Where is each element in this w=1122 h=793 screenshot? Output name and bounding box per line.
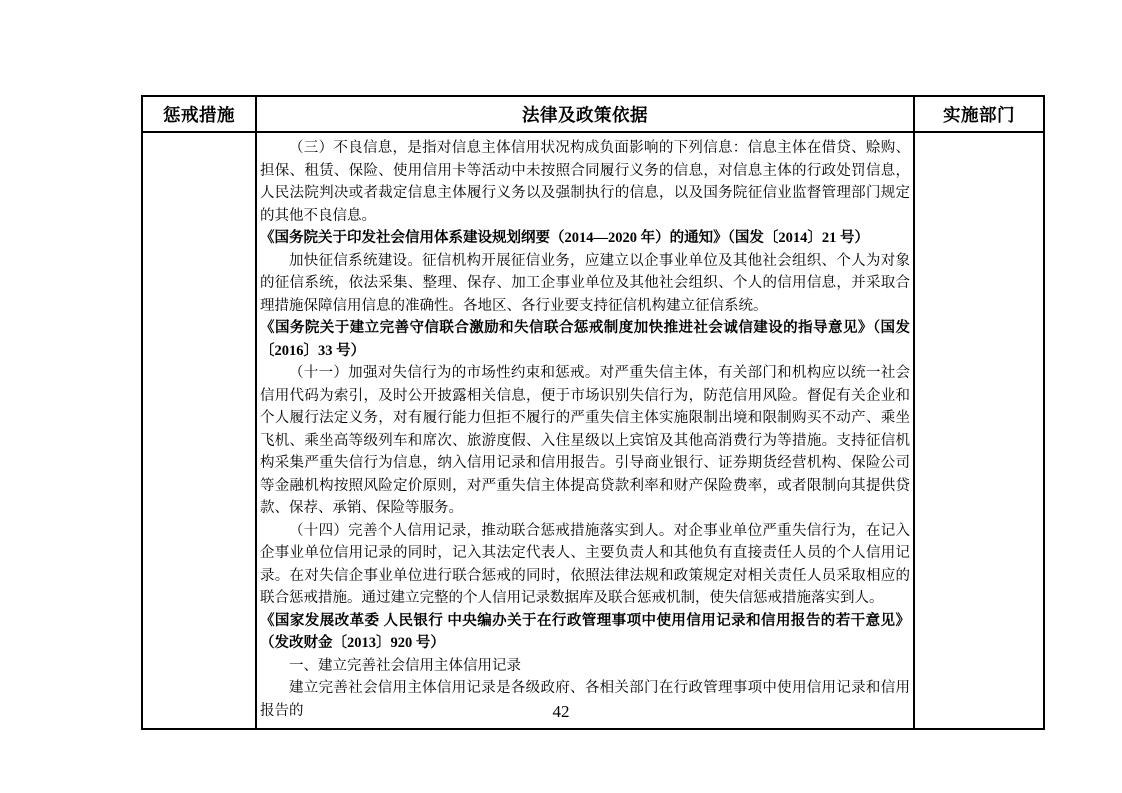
body-paragraph: （十一）加强对失信行为的市场性约束和惩戒。对严重失信主体，有关部门和机构应以统一… xyxy=(260,362,910,520)
policy-table: 惩戒措施 法律及政策依据 实施部门 （三）不良信息，是指对信息主体信用状况构成负… xyxy=(141,95,1045,730)
table-header-row: 惩戒措施 法律及政策依据 实施部门 xyxy=(143,97,1043,133)
policy-title-paragraph: 《国家发展改革委 人民银行 中央编办关于在行政管理事项中使用信用记录和信用报告的… xyxy=(260,610,910,655)
body-paragraph: 加快征信系统建设。征信机构开展征信业务，应建立以企事业单位及其他社会组织、个人为… xyxy=(260,250,910,318)
department-cell xyxy=(915,133,1043,728)
body-paragraph: （三）不良信息，是指对信息主体信用状况构成负面影响的下列信息：信息主体在借贷、赊… xyxy=(260,137,910,227)
column-header-legal-basis: 法律及政策依据 xyxy=(257,97,915,131)
policy-title-paragraph: 《国务院关于建立完善守信联合激励和失信联合惩戒制度加快推进社会诚信建设的指导意见… xyxy=(260,317,910,362)
policy-title-paragraph: 《国务院关于印发社会信用体系建设规划纲要（2014—2020 年）的通知》（国发… xyxy=(260,227,910,250)
table-body-row: （三）不良信息，是指对信息主体信用状况构成负面影响的下列信息：信息主体在借贷、赊… xyxy=(143,133,1043,728)
measures-cell xyxy=(143,133,257,728)
document-page: 惩戒措施 法律及政策依据 实施部门 （三）不良信息，是指对信息主体信用状况构成负… xyxy=(0,0,1122,793)
page-number: 42 xyxy=(0,702,1122,722)
body-paragraph: 一、建立完善社会信用主体信用记录 xyxy=(260,655,910,678)
body-paragraph: （十四）完善个人信用记录，推动联合惩戒措施落实到人。对企事业单位严重失信行为，在… xyxy=(260,520,910,610)
column-header-department: 实施部门 xyxy=(915,97,1043,131)
legal-basis-cell: （三）不良信息，是指对信息主体信用状况构成负面影响的下列信息：信息主体在借贷、赊… xyxy=(257,133,915,728)
column-header-measures: 惩戒措施 xyxy=(143,97,257,131)
